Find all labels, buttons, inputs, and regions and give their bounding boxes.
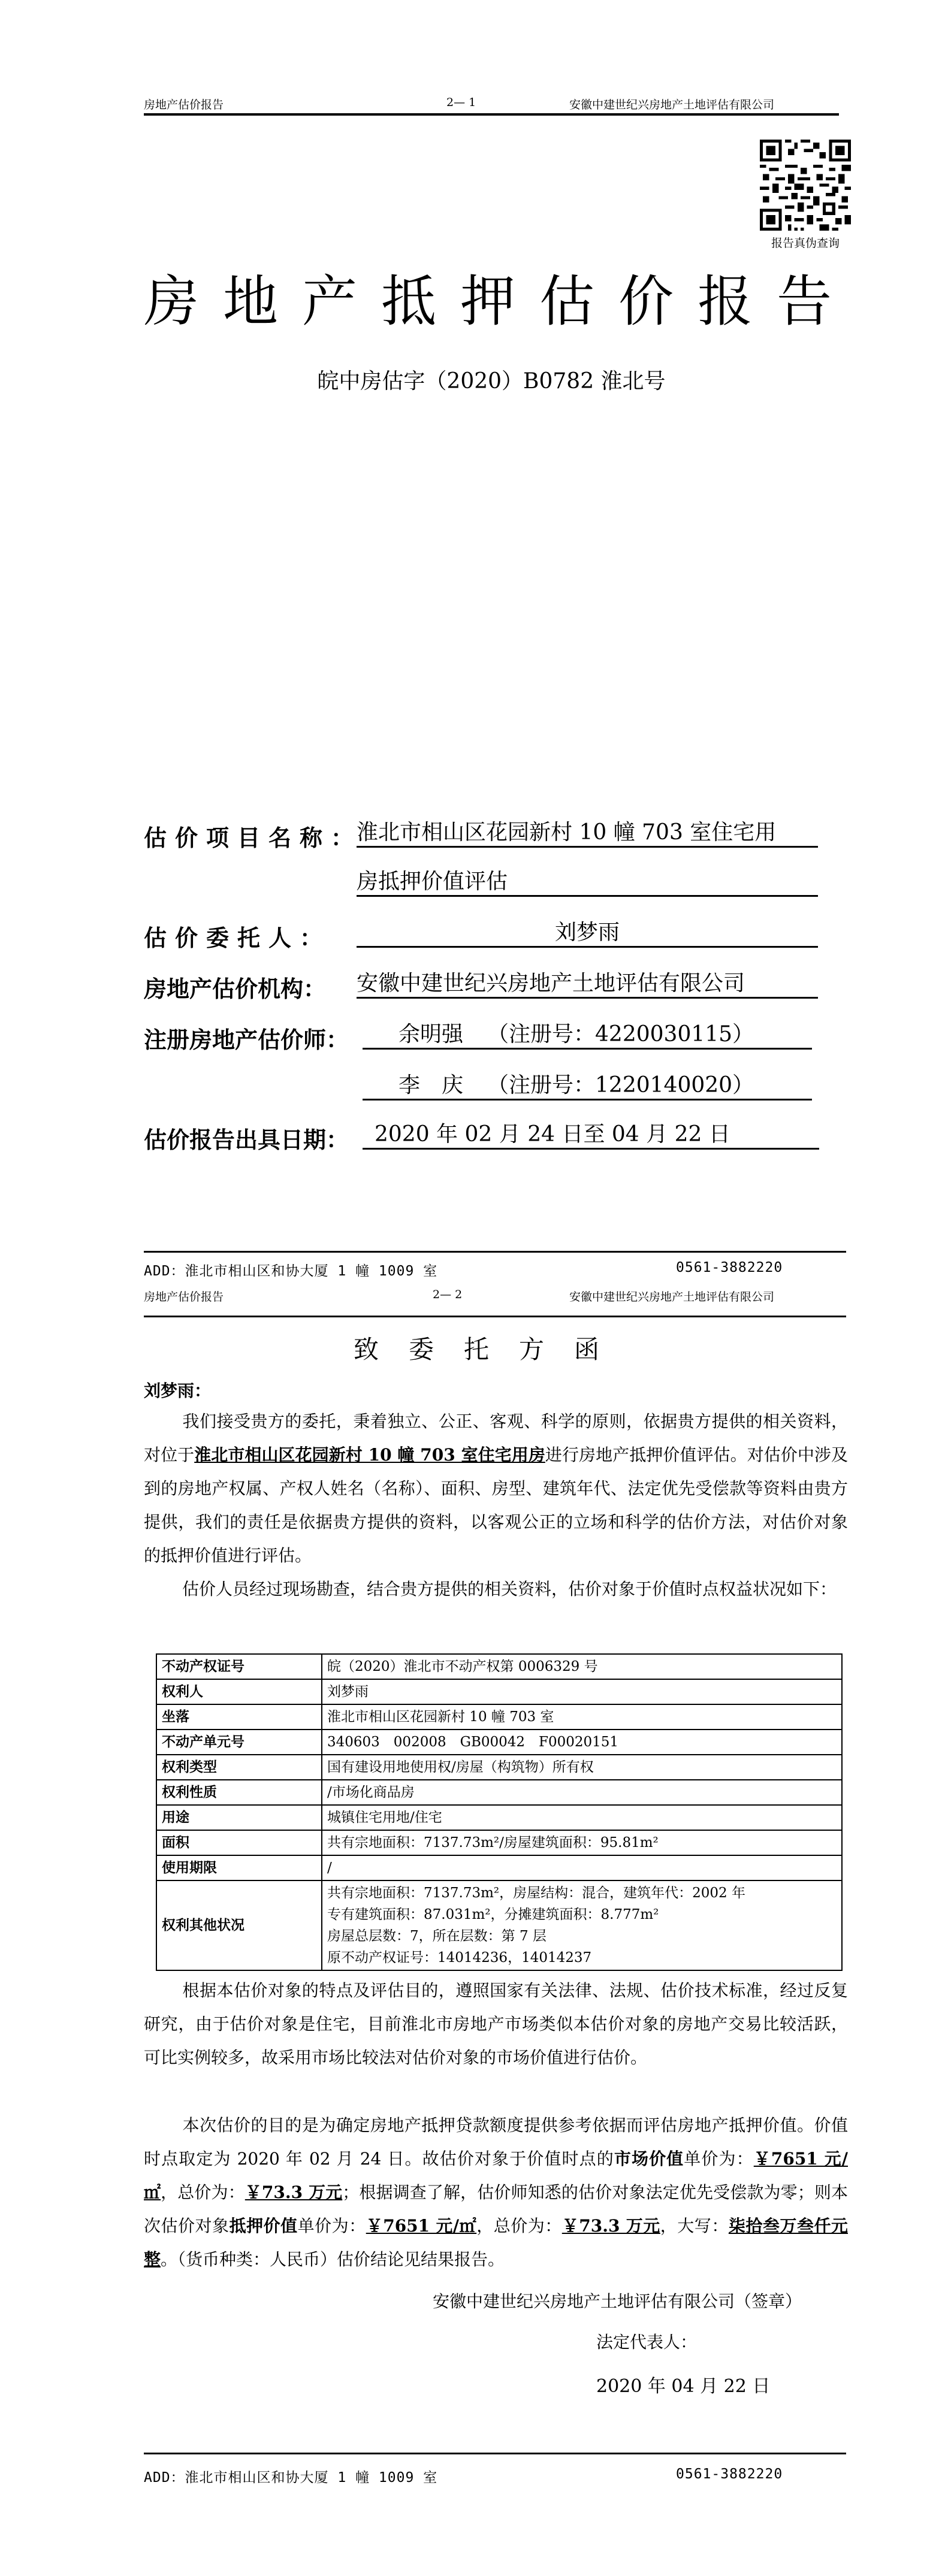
table-row: 面积共有宗地面积：7137.73m²/房屋建筑面积：95.81m² bbox=[156, 1830, 842, 1855]
market-total-price: ￥73.3 万元 bbox=[245, 2182, 342, 2202]
footer-phone: 0561-3882220 bbox=[676, 1260, 783, 1275]
project-name-label: 估价项目名称： bbox=[144, 820, 362, 852]
header-left: 房地产估价报告 bbox=[144, 96, 224, 112]
appraiser-1-reg: （注册号：4220030115） bbox=[487, 1022, 754, 1047]
appraiser-1-name: 余明强 bbox=[398, 1022, 463, 1047]
legal-representative: 法定代表人： bbox=[596, 2329, 697, 2353]
header-rule bbox=[144, 1316, 846, 1317]
paragraph-engagement: 我们接受贵方的委托，秉着独立、公正、客观、科学的原则，依据贵方提供的相关资料，对… bbox=[144, 1405, 848, 1573]
qr-code-label: 报告真伪查询 bbox=[760, 234, 851, 250]
report-number: 皖中房估字（2020）B0782 淮北号 bbox=[144, 364, 839, 395]
footer-rule bbox=[144, 1251, 846, 1253]
qr-code-icon[interactable] bbox=[760, 140, 851, 231]
paragraph-inspection: 估价人员经过现场勘查，结合贵方提供的相关资料，估价对象于价值时点权益状况如下： bbox=[144, 1573, 848, 1606]
header-page-number: 2— 2 bbox=[433, 1288, 462, 1301]
table-row: 权利人刘梦雨 bbox=[156, 1679, 842, 1704]
appraisers-label: 注册房地产估价师： bbox=[144, 1021, 349, 1054]
appraiser-2-name: 李 庆 bbox=[398, 1073, 463, 1097]
signature-company: 安徽中建世纪兴房地产土地评估有限公司（签章） bbox=[433, 2288, 802, 2312]
header-right: 安徽中建世纪兴房地产土地评估有限公司 bbox=[569, 1288, 774, 1304]
footer-rule bbox=[144, 2453, 846, 2454]
salutation: 刘梦雨： bbox=[144, 1378, 211, 1402]
table-row: 不动产单元号340603 002008 GB00042 F00020151 bbox=[156, 1730, 842, 1755]
appraiser-2: 李 庆（注册号：1220140020） bbox=[363, 1072, 812, 1100]
report-title: 房地产抵押估价报告 bbox=[144, 258, 839, 337]
header-rule bbox=[144, 113, 839, 116]
market-value-label: 市场价值 bbox=[614, 2149, 684, 2169]
agency-value: 安徽中建世纪兴房地产土地评估有限公司 bbox=[357, 970, 818, 999]
project-name-value-line1: 淮北市相山区花园新村 10 幢 703 室住宅用 bbox=[357, 820, 818, 848]
rights-table: 不动产权证号皖（2020）淮北市不动产权第 0006329 号 权利人刘梦雨 坐… bbox=[156, 1653, 843, 1971]
subject-property: 淮北市相山区花园新村 10 幢 703 室住宅用房 bbox=[194, 1445, 545, 1465]
paragraph-method: 根据本估价对象的特点及评估目的，遵照国家有关法律、法规、估价技术标准，经过反复研… bbox=[144, 1974, 848, 2075]
mortgage-value-label: 抵押价值 bbox=[230, 2216, 298, 2236]
report-date-value: 2020 年 02 月 24 日至 04 月 22 日 bbox=[363, 1121, 819, 1150]
mortgage-unit-price: ￥7651 元/㎡ bbox=[366, 2216, 476, 2236]
header-left: 房地产估价报告 bbox=[144, 1288, 224, 1304]
appraiser-1: 余明强（注册号：4220030115） bbox=[363, 1021, 812, 1050]
table-row: 不动产权证号皖（2020）淮北市不动产权第 0006329 号 bbox=[156, 1654, 842, 1679]
footer-phone: 0561-3882220 bbox=[676, 2466, 783, 2482]
footer-address: ADD：淮北市相山区和协大厦 1 幢 1009 室 bbox=[144, 2466, 437, 2486]
header-page-number: 2— 1 bbox=[446, 96, 476, 109]
client-value: 刘梦雨 bbox=[357, 920, 818, 948]
project-name-value-line2: 房抵押价值评估 bbox=[357, 869, 818, 897]
agency-label: 房地产估价机构： bbox=[144, 970, 326, 1003]
table-row: 权利性质/市场化商品房 bbox=[156, 1780, 842, 1805]
header-right: 安徽中建世纪兴房地产土地评估有限公司 bbox=[569, 96, 774, 112]
appraiser-2-reg: （注册号：1220140020） bbox=[487, 1073, 754, 1097]
footer-address: ADD：淮北市相山区和协大厦 1 幢 1009 室 bbox=[144, 1260, 437, 1280]
report-date-label: 估价报告出具日期： bbox=[144, 1121, 349, 1154]
table-row: 坐落淮北市相山区花园新村 10 幢 703 室 bbox=[156, 1704, 842, 1730]
table-row: 权利其他状况 共有宗地面积：7137.73m²，房屋结构：混合，建筑年代：200… bbox=[156, 1880, 842, 1970]
client-label: 估价委托人： bbox=[144, 920, 331, 953]
table-row: 使用期限/ bbox=[156, 1855, 842, 1880]
table-row: 权利类型国有建设用地使用权/房屋（构筑物）所有权 bbox=[156, 1755, 842, 1780]
letter-title: 致委托方函 bbox=[144, 1330, 839, 1366]
signature-date: 2020 年 04 月 22 日 bbox=[596, 2371, 770, 2397]
paragraph-conclusion: 本次估价的目的是为确定房地产抵押贷款额度提供参考依据而评估房地产抵押价值。价值时… bbox=[144, 2109, 848, 2276]
table-row: 用途城镇住宅用地/住宅 bbox=[156, 1805, 842, 1830]
mortgage-total-price: ￥73.3 万元 bbox=[562, 2216, 660, 2236]
